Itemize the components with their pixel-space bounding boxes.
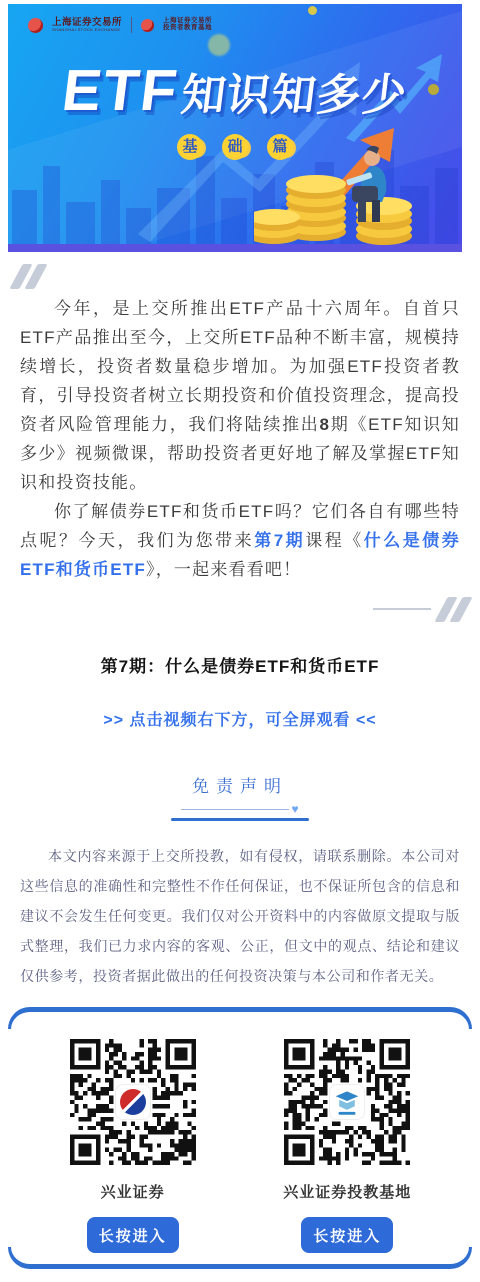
qr-label-brokerage: 兴业证券 bbox=[101, 1181, 165, 1202]
article-page: 上海证券交易所 SHANGHAI STOCK EXCHANGE 上海证券交易所 … bbox=[0, 0, 480, 1282]
p2-text-mid: 课程《 bbox=[305, 531, 364, 550]
p2-text-post: 》，一起来看看吧！ bbox=[146, 560, 301, 579]
p1-bold-count: 8 bbox=[320, 415, 331, 434]
close-quote-icon bbox=[441, 597, 466, 622]
close-quote bbox=[0, 594, 466, 624]
heart-icon: ♥ bbox=[291, 803, 298, 815]
banner: 上海证券交易所 SHANGHAI STOCK EXCHANGE 上海证券交易所 … bbox=[8, 4, 462, 252]
p1-text: 今年，是上交所推出ETF产品十六周年。自首只ETF产品推出至今，上交所ETF品种… bbox=[20, 299, 460, 434]
qr-box-border-bottom bbox=[8, 1247, 472, 1269]
banner-title-cn: 知识知多少 bbox=[178, 59, 411, 123]
disclaimer-text: 本文内容来源于上交所投教，如有侵权，请联系删除。本公司对这些信息的准确性和完整性… bbox=[20, 841, 460, 991]
edu-base-logo-icon-small bbox=[330, 1085, 364, 1119]
paragraph-1: 今年，是上交所推出ETF产品十六周年。自首只ETF产品推出至今，上交所ETF品种… bbox=[20, 294, 460, 497]
disclaimer-underline-thick bbox=[171, 818, 309, 821]
disclaimer-header: 免责声明 ♥ bbox=[0, 772, 480, 821]
qr-code-edu-base[interactable] bbox=[284, 1039, 410, 1165]
open-quote-icon bbox=[16, 264, 480, 290]
sse-logo-icon bbox=[28, 18, 43, 33]
banner-title-etf: ETF bbox=[59, 57, 183, 124]
banner-header: 上海证券交易所 SHANGHAI STOCK EXCHANGE 上海证券交易所 … bbox=[8, 4, 462, 33]
qr-code-brokerage[interactable] bbox=[70, 1039, 196, 1165]
banner-title: ETF 知识知多少 bbox=[8, 57, 462, 124]
edu-base-logo-line2: 投资者教育基地 bbox=[163, 25, 212, 32]
qr-box-border-top bbox=[8, 1007, 472, 1029]
badge-basic-1: 基 bbox=[177, 134, 203, 160]
video-fullscreen-cta: >> 点击视频右下方，可全屏观看 << bbox=[0, 707, 480, 730]
coins-illustration bbox=[254, 128, 434, 246]
brokerage-logo-icon bbox=[116, 1085, 150, 1119]
qr-column-edu-base: 兴业证券投教基地 长按进入 bbox=[257, 1039, 437, 1253]
qr-section: 兴业证券 长按进入 兴业证券投教基地 长按进入 bbox=[8, 1007, 472, 1269]
article-body: 今年，是上交所推出ETF产品十六周年。自首只ETF产品推出至今，上交所ETF品种… bbox=[20, 294, 460, 584]
paragraph-2: 你了解债券ETF和货币ETF吗？它们各自有哪些特点呢？今天，我们为您带来第7期课… bbox=[20, 497, 460, 584]
badge-basic-2: 础 bbox=[222, 134, 248, 160]
close-quote-rule bbox=[373, 608, 431, 610]
disclaimer-underline-thin bbox=[181, 809, 289, 810]
qr-label-edu-base: 兴业证券投教基地 bbox=[283, 1181, 411, 1202]
logo-divider bbox=[131, 17, 132, 33]
disclaimer-title: 免责声明 bbox=[192, 772, 288, 797]
sse-logo-subtitle: SHANGHAI STOCK EXCHANGE bbox=[52, 28, 122, 32]
p2-issue-highlight: 第7期 bbox=[254, 531, 305, 550]
qr-column-brokerage: 兴业证券 长按进入 bbox=[43, 1039, 223, 1253]
episode-heading: 第7期：什么是债券ETF和货币ETF bbox=[0, 652, 480, 677]
edu-base-logo-icon bbox=[141, 19, 154, 32]
